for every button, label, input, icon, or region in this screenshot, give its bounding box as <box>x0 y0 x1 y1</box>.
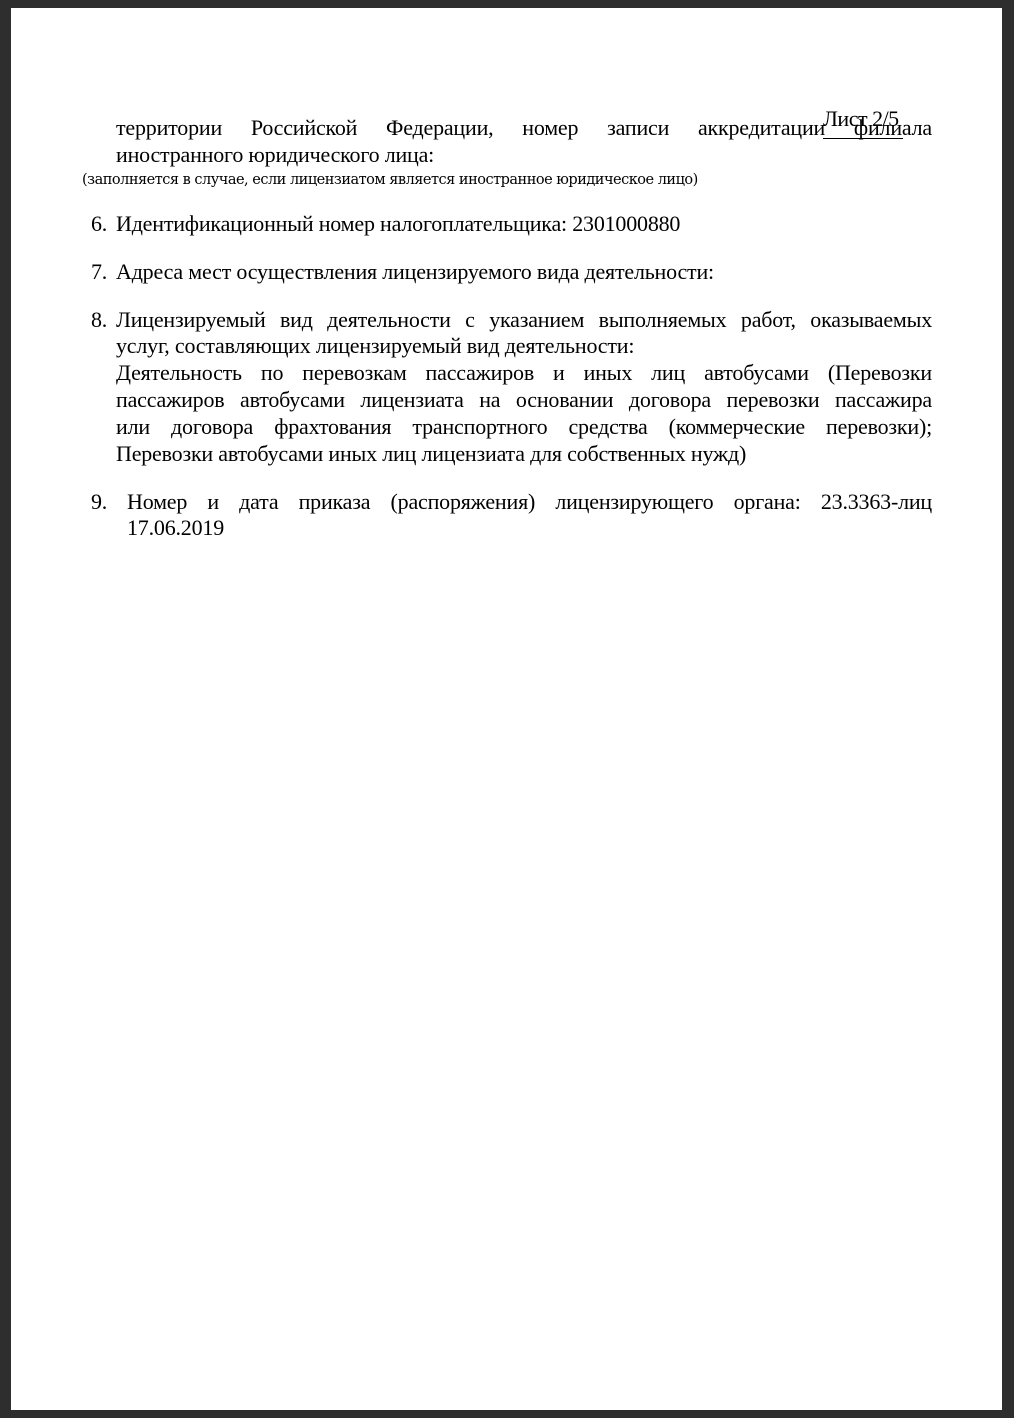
item-7-number: 7. <box>91 259 107 285</box>
item-8-line-2: услуг, составляющих лицензируемый вид де… <box>116 333 634 359</box>
sheet-number: Лист 2/5 <box>823 106 899 132</box>
item-8-number: 8. <box>91 307 107 333</box>
intro-line-1: территории Российской Федерации, номер з… <box>116 115 932 141</box>
item-8-line-4: пассажиров автобусами лицензиата на осно… <box>116 387 932 413</box>
item-9-line-2: 17.06.2019 <box>127 515 224 541</box>
item-9-number: 9. <box>91 489 107 515</box>
item-7-text: Адреса мест осуществления лицензируемого… <box>116 259 714 285</box>
intro-line-2: иностранного юридического лица: <box>116 142 434 168</box>
sheet-number-underline <box>823 138 903 139</box>
item-8-line-3: Деятельность по перевозкам пассажиров и … <box>116 360 932 386</box>
item-8-line-5: или договора фрахтования транспортного с… <box>116 414 932 440</box>
document-page: территории Российской Федерации, номер з… <box>11 8 1002 1410</box>
intro-note: (заполняется в случае, если лицензиатом … <box>82 167 698 193</box>
item-6-text: Идентификационный номер налогоплательщик… <box>116 211 680 237</box>
item-8-line-1: Лицензируемый вид деятельности с указани… <box>116 307 932 333</box>
item-6-number: 6. <box>91 211 107 237</box>
item-9-line-1: Номер и дата приказа (распоряжения) лице… <box>127 489 932 515</box>
item-8-line-6: Перевозки автобусами иных лиц лицензиата… <box>116 441 746 467</box>
